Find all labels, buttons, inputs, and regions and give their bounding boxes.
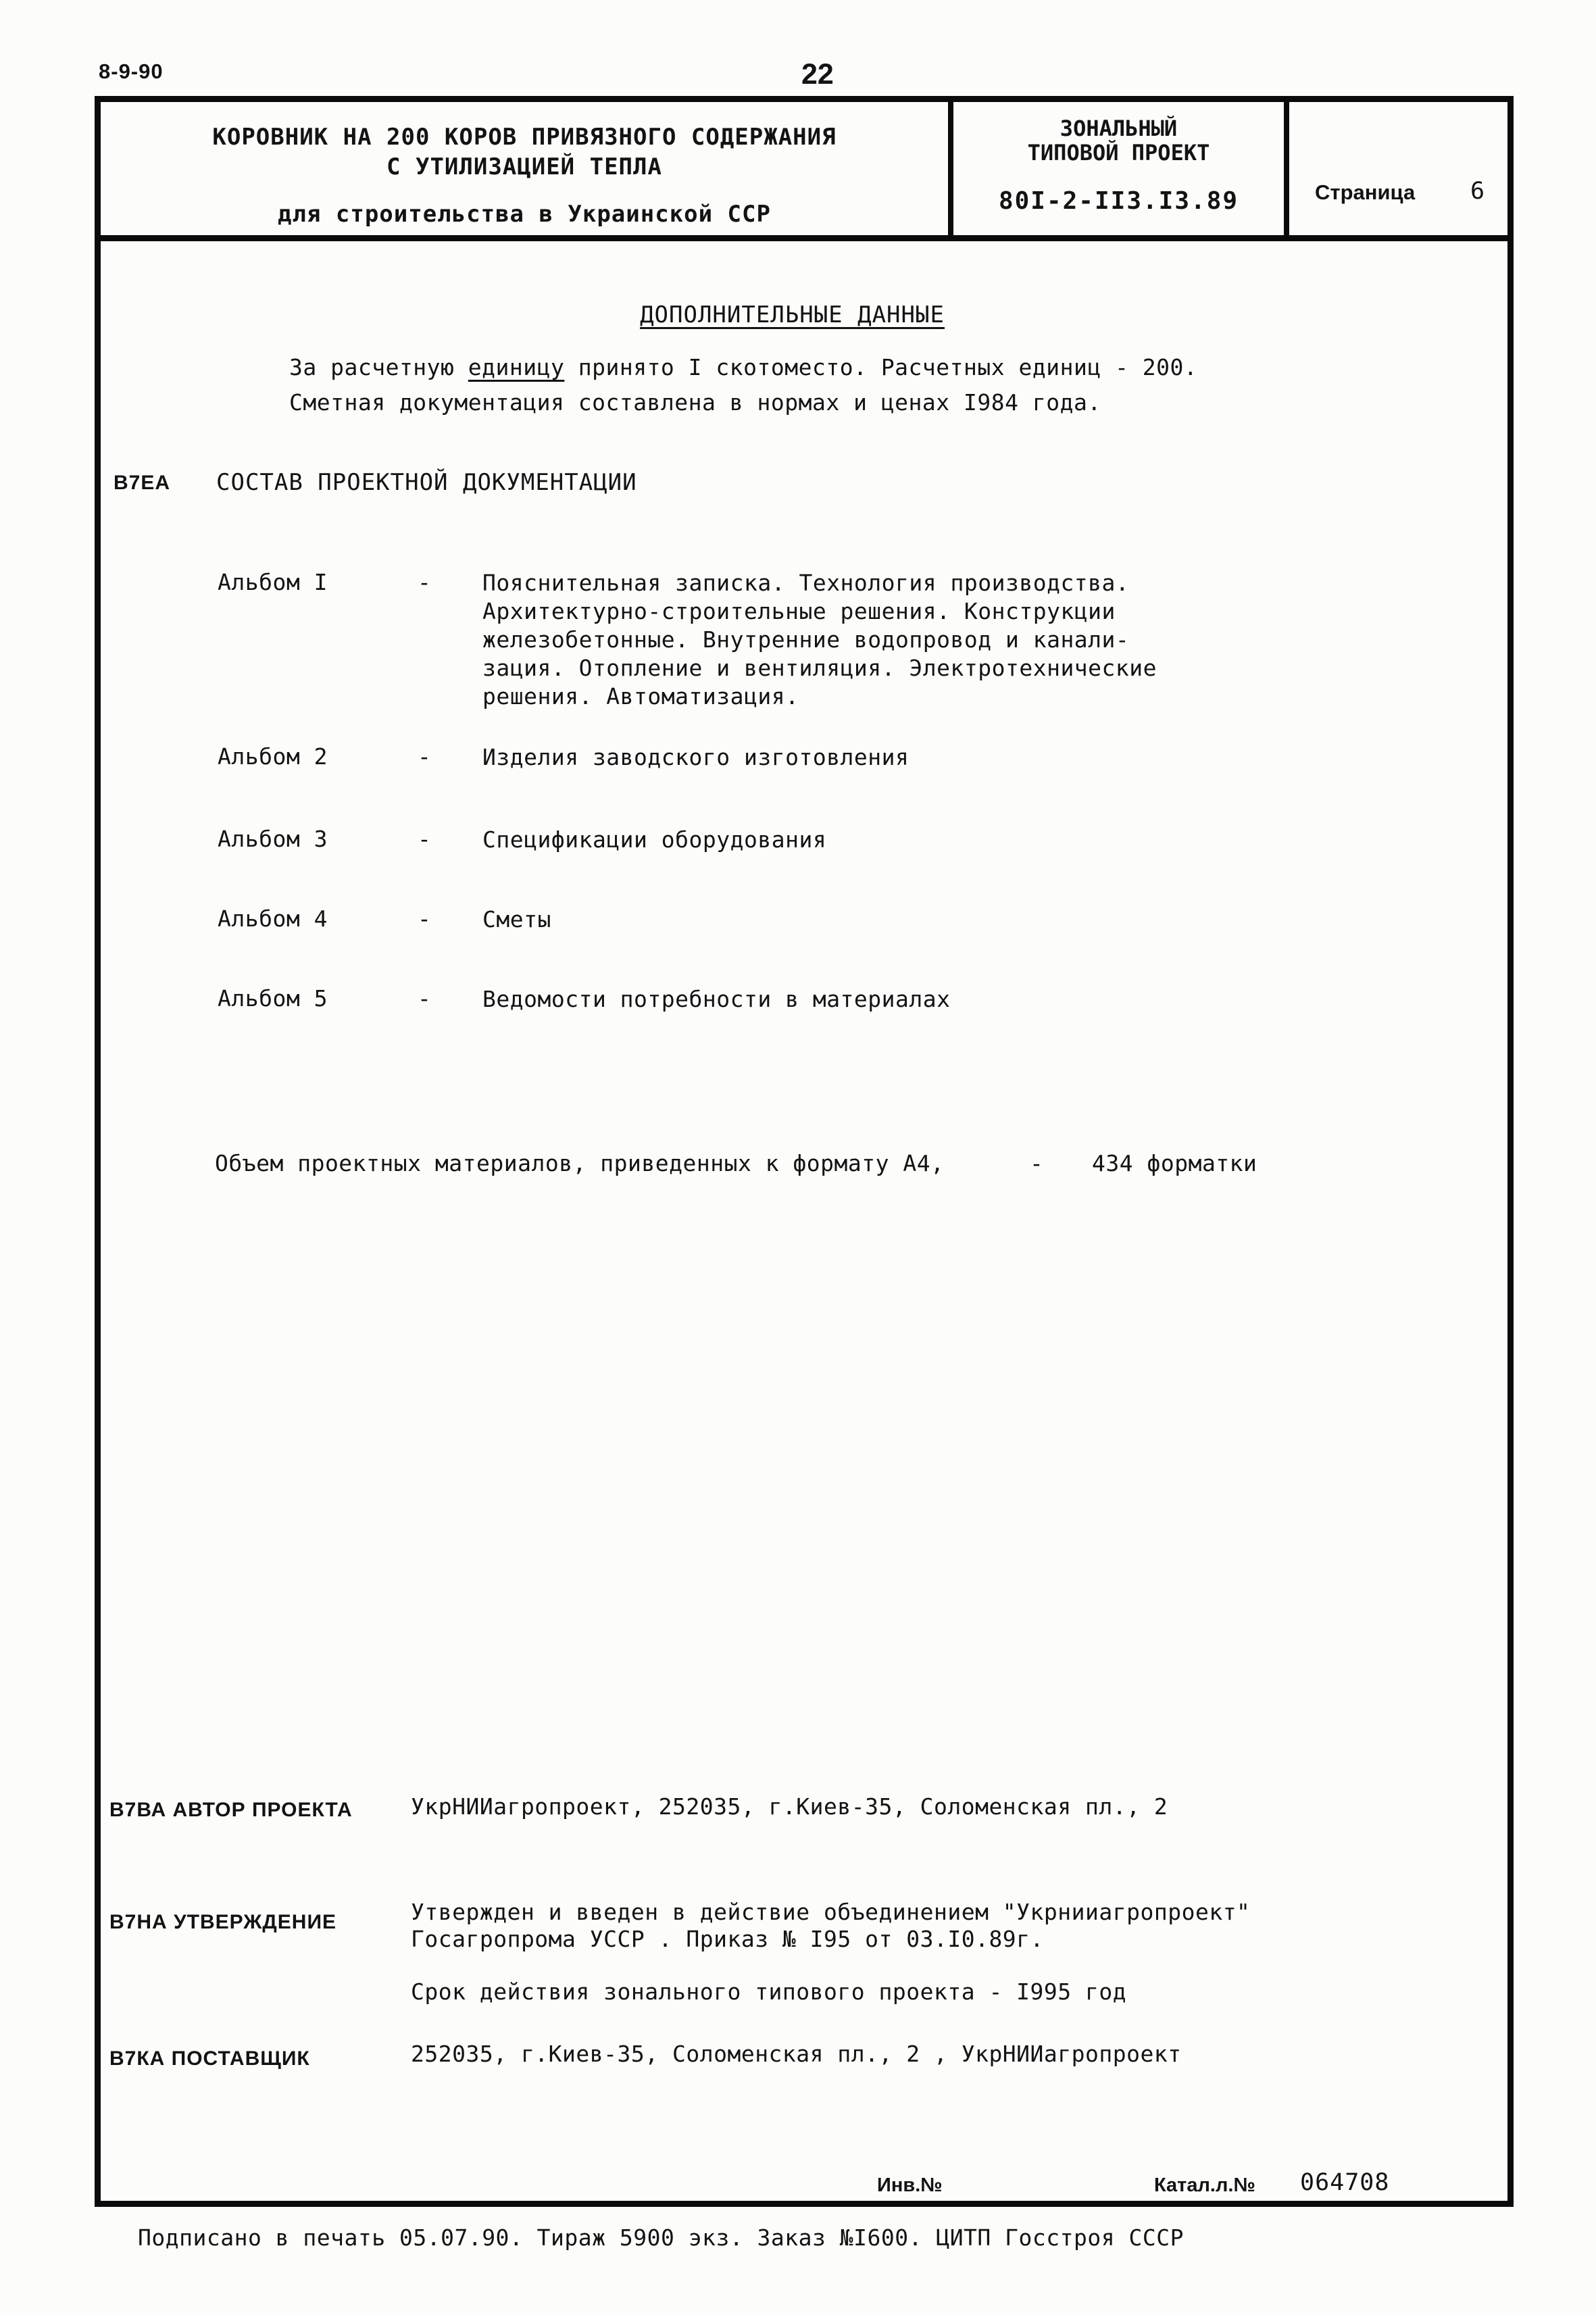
supplier-value: 252035, г.Киев-35, Соломенская пл., 2 , … [411,2041,1182,2067]
doc-title-line2: С УТИЛИЗАЦИЕЙ ТЕПЛА [101,153,948,180]
header-cell-title: КОРОВНИК НА 200 КОРОВ ПРИВЯЗНОГО СОДЕРЖА… [101,102,953,235]
project-type-line1: ЗОНАЛЬНЫЙ [953,116,1284,141]
volume-text: Объем проектных материалов, приведенных … [215,1150,945,1176]
approval-line2: Госагропрома УССР . Приказ № I95 от 03.I… [411,1926,1044,1952]
volume-dash: - [1030,1150,1043,1176]
composition-code: В7ЕА [114,472,170,495]
album-4-dash: - [418,905,431,932]
supplier-label: В7КА ПОСТАВЩИК [109,2047,310,2070]
album-4-label: Альбом 4 [218,905,393,932]
page-number: 6 [1470,178,1485,205]
catalog-number-label: Катал.л.№ [1154,2174,1255,2197]
line1-prefix: За расчетную [289,354,468,380]
album-5-label: Альбом 5 [218,985,393,1012]
project-type-line2: ТИПОВОЙ ПРОЕКТ [953,140,1284,166]
author-value: УкрНИИагропроект, 252035, г.Киев-35, Сол… [411,1793,1168,1820]
album-4-description: Сметы [482,905,1320,934]
album-5-description: Ведомости потребности в материалах [482,985,1320,1014]
header-table: КОРОВНИК НА 200 КОРОВ ПРИВЯЗНОГО СОДЕРЖА… [101,102,1507,241]
album-1-dash: - [418,569,431,595]
additional-data-line1: За расчетную единицу принято I скотомест… [289,354,1197,380]
sheet-number: 22 [801,58,834,91]
album-2-dash: - [418,743,431,770]
doc-title-line3: для строительства в Украинской ССР [101,201,948,228]
scanned-document-page: 8-9-90 22 КОРОВНИК НА 200 КОРОВ ПРИВЯЗНО… [0,0,1596,2315]
album-3-label: Альбом 3 [218,826,393,852]
project-number: 80I-2-II3.I3.89 [953,187,1284,215]
page-label: Страница [1315,180,1415,205]
album-2-label: Альбом 2 [218,743,393,770]
line1-suffix: принято I скотоместо. Расчетных единиц -… [564,354,1197,380]
catalog-number-value: 064708 [1300,2169,1389,2196]
author-label: В7ВА АВТОР ПРОЕКТА [109,1799,353,1822]
doc-title-line1: КОРОВНИК НА 200 КОРОВ ПРИВЯЗНОГО СОДЕРЖА… [101,124,948,151]
approval-term: Срок действия зонального типового проект… [411,1978,1126,2005]
section-heading-additional-data: ДОПОЛНИТЕЛЬНЫЕ ДАННЫЕ [287,301,1297,328]
header-cell-project-type: ЗОНАЛЬНЫЙ ТИПОВОЙ ПРОЕКТ 80I-2-II3.I3.89 [953,102,1289,235]
album-1-description: Пояснительная записка. Технология произв… [482,569,1320,711]
print-footer: Подписано в печать 05.07.90. Тираж 5900 … [138,2224,1184,2251]
album-5-dash: - [418,985,431,1012]
album-1-label: Альбом I [218,569,393,595]
album-3-dash: - [418,826,431,852]
composition-heading: СОСТАВ ПРОЕКТНОЙ ДОКУМЕНТАЦИИ [216,469,637,496]
top-left-code: 8-9-90 [99,59,164,84]
approval-label: В7НА УТВЕРЖДЕНИЕ [109,1911,336,1934]
line1-underlined-word: единицу [468,354,565,380]
approval-line1: Утвержден и введен в действие объединени… [411,1899,1250,1925]
album-2-description: Изделия заводского изготовления [482,743,1320,772]
additional-data-line2: Сметная документация составлена в нормах… [289,389,1101,416]
inventory-number-label: Инв.№ [877,2174,943,2197]
header-cell-page: Страница 6 [1289,102,1507,235]
album-3-description: Спецификации оборудования [482,826,1320,854]
volume-value: 434 форматки [1092,1150,1257,1176]
